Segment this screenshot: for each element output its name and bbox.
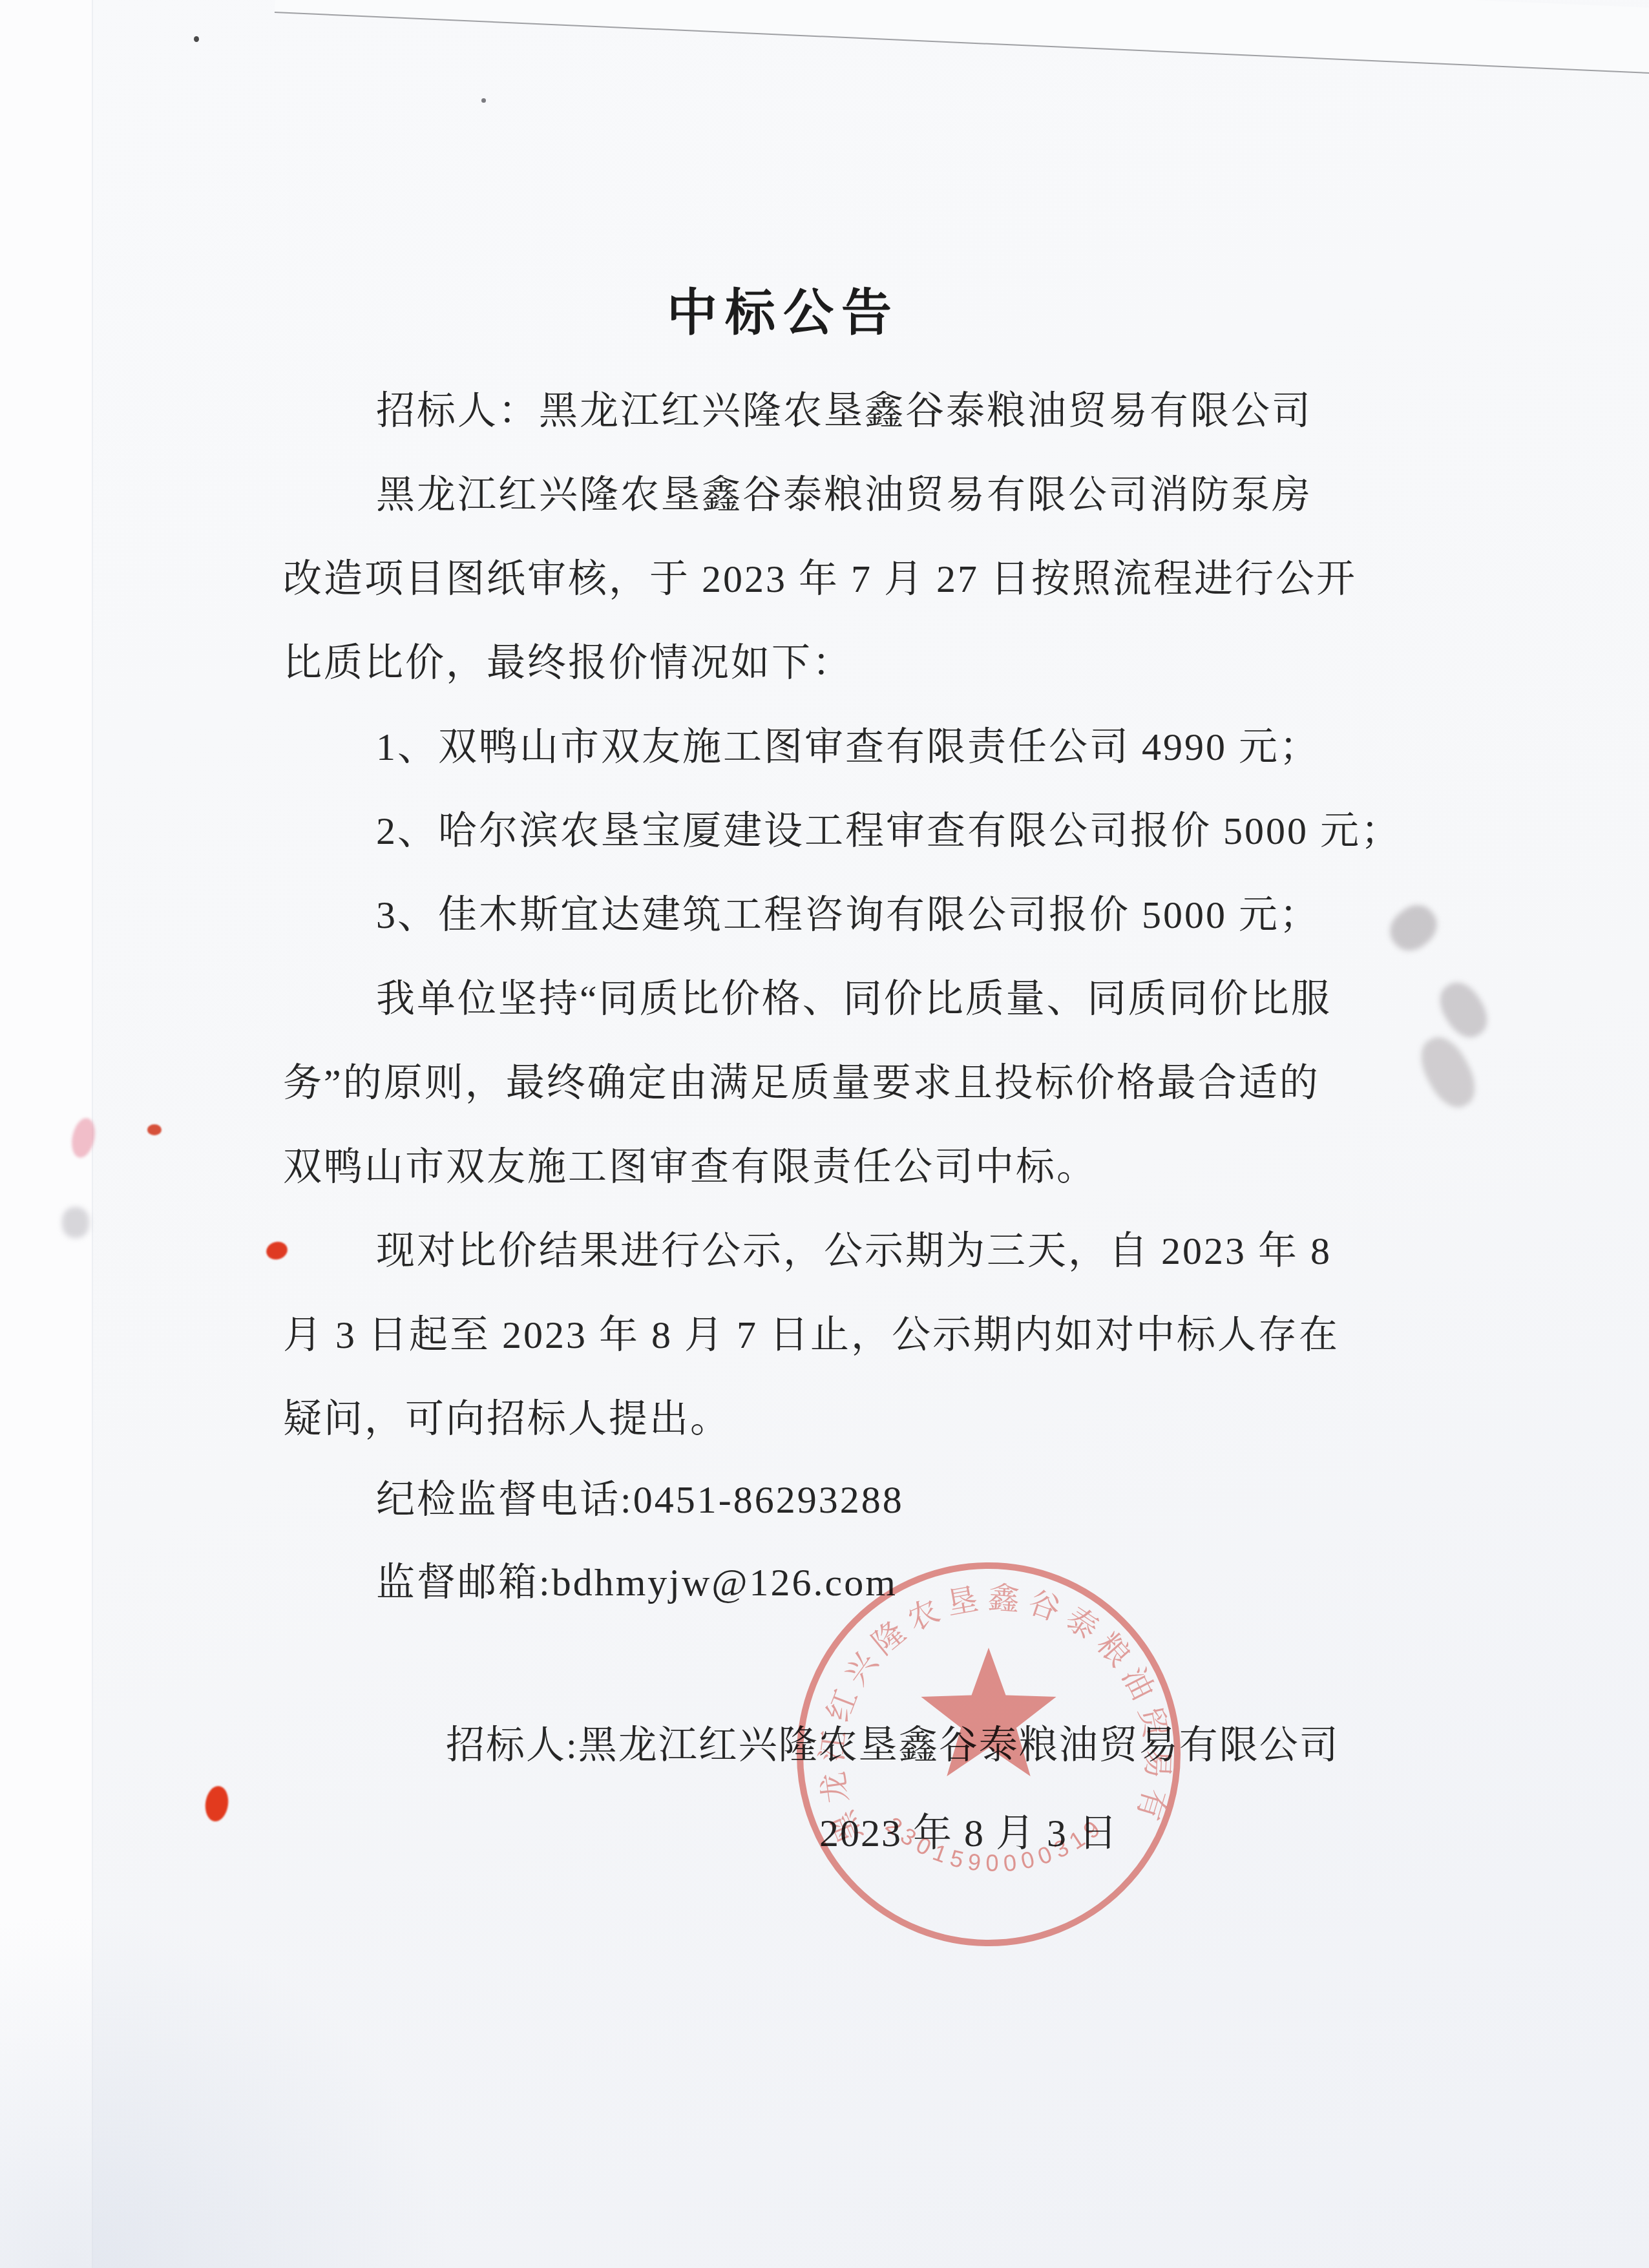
scanned-page: 中标公告 招标人：黑龙江红兴隆农垦鑫谷泰粮油贸易有限公司 黑龙江红兴隆农垦鑫谷泰… [0, 0, 1649, 2268]
document-line: 招标人：黑龙江红兴隆农垦鑫谷泰粮油贸易有限公司 [376, 388, 1312, 434]
document-line: 比质比价，最终报价情况如下： [283, 640, 853, 686]
red-ink-mark [147, 1124, 162, 1135]
document-line: 纪检监督电话:0451-86293288 [376, 1477, 904, 1522]
scan-smudge [62, 1207, 89, 1238]
document-line: 双鸭山市双友施工图审查有限责任公司中标。 [283, 1144, 1097, 1190]
document-line: 2、哈尔滨农垦宝厦建设工程审查有限公司报价 5000 元； [376, 808, 1402, 854]
stamp-ring [800, 1566, 1177, 1943]
stamp-serial-number: 2301590000319 [881, 1812, 1109, 1877]
scan-smudge [1382, 897, 1445, 959]
scan-smudge [1432, 975, 1496, 1045]
document-line: 我单位坚持“同质比价格、同价比质量、同质同价比服 [376, 976, 1332, 1022]
red-ink-mark [203, 1785, 230, 1823]
scan-speck [481, 98, 486, 103]
document-line: 现对比价结果进行公示，公示期为三天，自 2023 年 8 [376, 1228, 1332, 1274]
document-line: 疑问，可向招标人提出。 [283, 1396, 731, 1442]
scan-smudge [1412, 1029, 1484, 1115]
document-line: 月 3 日起至 2023 年 8 月 7 日止，公示期内如对中标人存在 [283, 1312, 1339, 1358]
official-seal-stamp: 黑龙江红兴隆农垦鑫谷泰粮油贸易有限公司 2301590000319 [756, 1525, 1221, 1990]
star-icon [921, 1648, 1056, 1776]
svg-text:2301590000319: 2301590000319 [881, 1812, 1109, 1877]
scan-corner-shadow [0, 1913, 452, 2268]
document-line: 1、双鸭山市双友施工图审查有限责任公司 4990 元； [376, 724, 1320, 770]
document-line: 务”的原则，最终确定由满足质量要求且投标价格最合适的 [283, 1060, 1320, 1106]
scan-speck [194, 36, 199, 42]
document-line: 3、佳木斯宜达建筑工程咨询有限公司报价 5000 元； [376, 892, 1320, 938]
svg-text:黑龙江红兴隆农垦鑫谷泰粮油贸易有限公司: 黑龙江红兴隆农垦鑫谷泰粮油贸易有限公司 [756, 1525, 1175, 1848]
document-title: 中标公告 [667, 286, 899, 340]
red-ink-mark [264, 1239, 289, 1262]
document-line: 黑龙江红兴隆农垦鑫谷泰粮油贸易有限公司消防泵房 [376, 472, 1312, 518]
stamp-ring-text: 黑龙江红兴隆农垦鑫谷泰粮油贸易有限公司 [756, 1525, 1175, 1848]
document-line: 改造项目图纸审核，于 2023 年 7 月 27 日按照流程进行公开 [283, 556, 1357, 602]
